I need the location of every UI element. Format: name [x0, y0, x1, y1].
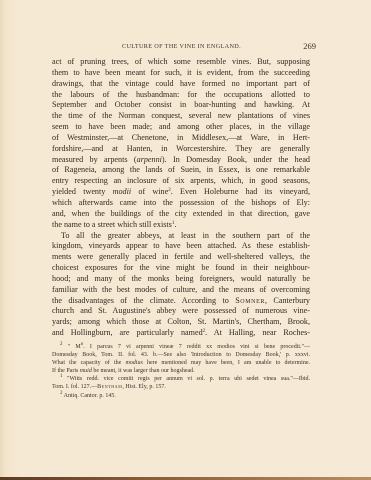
text-segment: measured by arpents ( [52, 155, 137, 164]
italic-term: modii [113, 187, 132, 196]
scanned-book-page: CULTURE OF THE VINE IN ENGLAND. 269 act … [0, 0, 371, 480]
text-line: hood; and many of the monks being foreig… [52, 274, 310, 285]
footnote-line: 2 " Mo. I parcus 7 vi arpenni vineæ 7 re… [52, 343, 310, 351]
text-line: entry respecting an inclosure of six arp… [52, 176, 310, 187]
text-line: yards; among which those at Colton, St. … [52, 317, 310, 328]
text-line: them to have been meant for such, it is … [52, 68, 310, 79]
text-segment: the name to a street which still exists [52, 220, 172, 229]
text-segment: "Witts redd. vice comiti regis per annum… [63, 376, 311, 382]
text-line: seem to have been made; and among other … [52, 122, 310, 133]
text-line: choicest exposures for the vine might be… [52, 263, 310, 274]
page-number: 269 [296, 41, 316, 51]
text-line: and Hollingburn, are particularly named2… [52, 328, 310, 339]
author-name: Bentham [97, 384, 122, 390]
text-segment: be meant, it was larger than our hogshea… [92, 368, 195, 374]
text-segment: What the capacity of the [52, 360, 125, 366]
text-segment: Tom. I. fol. 127.— [52, 384, 97, 390]
body-text: act of pruning trees, of which some rese… [52, 57, 310, 339]
italic-term: modius [125, 360, 142, 366]
text-line: which afterwards came into the possessio… [52, 198, 310, 209]
text-segment: . I parcus 7 vi arpenni vineæ 7 reddit x… [83, 344, 310, 350]
text-line: church and St. Augustine's abbey were po… [52, 306, 310, 317]
text-line: kingdom, vineyards appear to have been a… [52, 241, 310, 252]
footnote-line: 1 "Witts redd. vice comiti regis per ann… [52, 375, 310, 383]
text-line: yielded twenty modii of wine2. Even Hole… [52, 187, 310, 198]
text-line: the time of the Norman conquest, several… [52, 111, 310, 122]
text-line: measured by arpents (arpenni). In Domesd… [52, 155, 310, 166]
text-segment: , Canterbury [265, 296, 310, 305]
text-line: of Westminster,—at Chenetone, in Middles… [52, 133, 310, 144]
text-segment: If the Paris [52, 368, 80, 374]
footnote-line: If the Paris muid be meant, it was large… [52, 367, 310, 375]
text-segment: and Hollingburn, are particularly named [52, 328, 203, 337]
text-segment: . At Halling, near Roches- [205, 328, 310, 337]
footnote-line: Domesday Book, Tom. II. fol. 43. b.—See … [52, 351, 310, 359]
text-line: the labours of the husbandman: for the o… [52, 90, 310, 101]
footnote-line: What the capacity of the modius here men… [52, 359, 310, 367]
footnotes: 2 " Mo. I parcus 7 vi arpenni vineæ 7 re… [52, 343, 310, 400]
text-line: of Rageneia, among the lands of Suein, i… [52, 165, 310, 176]
text-line: September and October consist in boar-hu… [52, 100, 310, 111]
text-segment: , Hist. Ely, p. 157. [122, 384, 165, 390]
text-line: the name to a street which still exists1… [52, 220, 310, 231]
text-segment: of wine [131, 187, 168, 196]
text-segment: Antiq. Cantor. p. 145. [63, 393, 116, 399]
text-segment: yielded twenty [52, 187, 113, 196]
text-line: the disadvantages of the climate. Accord… [52, 296, 310, 307]
text-line: and, when the buildings of the city exte… [52, 209, 310, 220]
text-line: fordshire,—and at Hanten, in Worcestersh… [52, 144, 310, 155]
text-segment: the disadvantages of the climate. Accord… [52, 296, 235, 305]
running-title: CULTURE OF THE VINE IN ENGLAND. [52, 43, 311, 50]
italic-term: arpenni [137, 155, 162, 164]
text-line: ments were generally placed in fertile a… [52, 252, 310, 263]
footnote-line: Tom. I. fol. 127.—Bentham, Hist. Ely, p.… [52, 383, 310, 391]
author-name: Somner [235, 296, 265, 305]
text-segment: " M [63, 344, 81, 350]
text-segment: . Even Holeburne had its vineyard, [171, 187, 310, 196]
text-line: act of pruning trees, of which some rese… [52, 57, 310, 68]
text-segment: here mentioned may have been, I am unabl… [143, 360, 310, 366]
text-line: drawings, that the vintage could have fo… [52, 79, 310, 90]
italic-term: muid [80, 368, 92, 374]
footnote-line: 2 Antiq. Cantor. p. 145. [52, 392, 310, 400]
text-segment: . [174, 220, 176, 229]
text-line: To all the greater abbeys, at least in t… [52, 231, 310, 242]
text-segment: ). In Domesday Book, under the head [162, 155, 310, 164]
text-line: familiar with the best modes of culture,… [52, 285, 310, 296]
